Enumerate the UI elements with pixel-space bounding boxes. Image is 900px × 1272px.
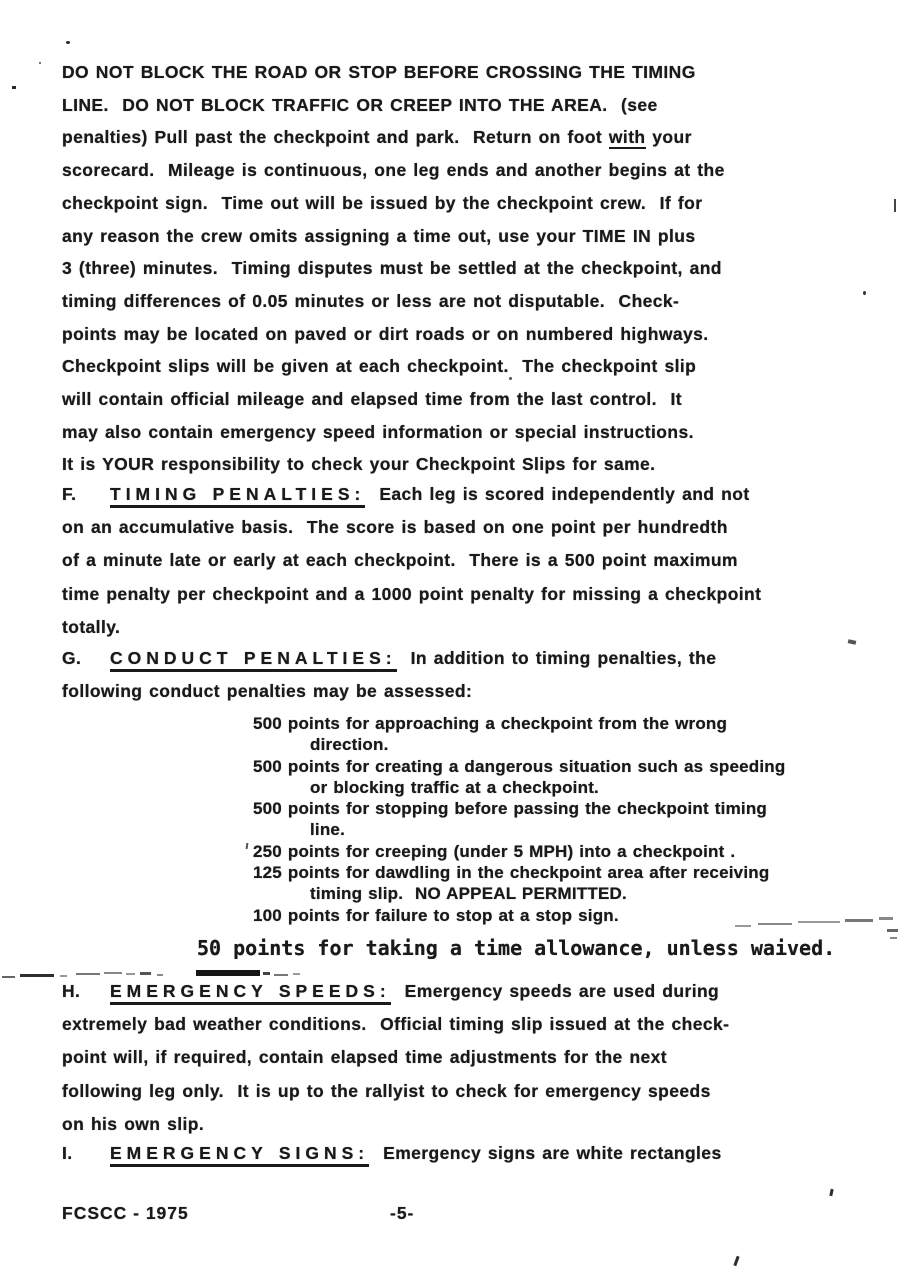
list-item: 500 points for creating a dangerous situ… bbox=[253, 756, 785, 777]
list-item: 250 points for creeping (under 5 MPH) in… bbox=[253, 841, 785, 862]
text-line: scorecard. Mileage is continuous, one le… bbox=[62, 154, 725, 187]
scan-artifact bbox=[848, 639, 857, 645]
page-footer: FCSCC - 1975 -5- bbox=[62, 1202, 800, 1224]
text-line: of a minute late or early at each checkp… bbox=[62, 544, 761, 577]
text-line: time penalty per checkpoint and a 1000 p… bbox=[62, 578, 761, 611]
section-title: EMERGENCY SPEEDS: bbox=[110, 981, 391, 1005]
scan-artifact bbox=[509, 377, 512, 380]
scan-artifact bbox=[894, 199, 896, 212]
section-emergency-speeds: H.EMERGENCY SPEEDS:Emergency speeds are … bbox=[62, 975, 729, 1141]
section-heading-line: H.EMERGENCY SPEEDS:Emergency speeds are … bbox=[62, 975, 729, 1008]
list-item-continuation: timing slip. NO APPEAL PERMITTED. bbox=[310, 883, 785, 904]
intro-paragraph: DO NOT BLOCK THE ROAD OR STOP BEFORE CRO… bbox=[62, 56, 725, 481]
text-line: DO NOT BLOCK THE ROAD OR STOP BEFORE CRO… bbox=[62, 56, 725, 89]
list-item: 125 points for dawdling in the checkpoin… bbox=[253, 862, 785, 883]
underlined-word: with bbox=[609, 127, 646, 149]
text-line: will contain official mileage and elapse… bbox=[62, 383, 725, 416]
text-line: Checkpoint slips will be given at each c… bbox=[62, 350, 725, 383]
text-line: checkpoint sign. Time out will be issued… bbox=[62, 187, 725, 220]
section-emergency-signs: I.EMERGENCY SIGNS:Emergency signs are wh… bbox=[62, 1137, 722, 1170]
text-line: extremely bad weather conditions. Offici… bbox=[62, 1008, 729, 1041]
text-segment: penalties) Pull past the checkpoint and … bbox=[62, 127, 609, 147]
scan-artifact bbox=[887, 929, 898, 932]
scan-artifact bbox=[735, 925, 751, 927]
text-segment: Emergency speeds are used during bbox=[405, 981, 719, 1001]
section-heading-line: F.TIMING PENALTIES:Each leg is scored in… bbox=[62, 478, 761, 511]
section-label: H. bbox=[62, 975, 110, 1008]
list-item: 500 points for approaching a checkpoint … bbox=[253, 713, 785, 734]
scan-artifact bbox=[798, 921, 840, 923]
penalty-list: 500 points for approaching a checkpoint … bbox=[253, 713, 785, 926]
scan-artifact bbox=[20, 974, 54, 977]
text-line: may also contain emergency speed informa… bbox=[62, 416, 725, 449]
list-item: 100 points for failure to stop at a stop… bbox=[253, 905, 785, 926]
text-line: penalties) Pull past the checkpoint and … bbox=[62, 121, 725, 154]
text-line: point will, if required, contain elapsed… bbox=[62, 1041, 729, 1074]
list-item-continuation: line. bbox=[310, 819, 785, 840]
text-line: following leg only. It is up to the rall… bbox=[62, 1075, 729, 1108]
text-line: LINE. DO NOT BLOCK TRAFFIC OR CREEP INTO… bbox=[62, 89, 725, 122]
text-line: timing differences of 0.05 minutes or le… bbox=[62, 285, 725, 318]
scan-artifact bbox=[12, 86, 16, 89]
text-segment: your bbox=[646, 127, 692, 147]
section-title: EMERGENCY SIGNS: bbox=[110, 1143, 369, 1167]
list-item: 500 points for stopping before passing t… bbox=[253, 798, 785, 819]
section-title: TIMING PENALTIES: bbox=[110, 484, 365, 508]
text-line: 50 points for taking a time allowance, u… bbox=[197, 936, 835, 960]
section-title: CONDUCT PENALTIES: bbox=[110, 648, 397, 672]
document-id: FCSCC - 1975 bbox=[62, 1203, 189, 1223]
scan-artifact bbox=[890, 937, 897, 939]
text-line: any reason the crew omits assigning a ti… bbox=[62, 220, 725, 253]
scan-artifact bbox=[293, 973, 300, 975]
scan-artifact bbox=[879, 917, 893, 920]
scan-artifact bbox=[829, 1189, 833, 1196]
scan-artifact bbox=[126, 973, 135, 975]
scan-artifact bbox=[263, 972, 270, 975]
scanned-document-page: DO NOT BLOCK THE ROAD OR STOP BEFORE CRO… bbox=[0, 0, 900, 1272]
text-segment: Each leg is scored independently and not bbox=[379, 484, 749, 504]
scan-artifact bbox=[140, 972, 151, 975]
scan-artifact bbox=[863, 291, 866, 295]
section-label: I. bbox=[62, 1137, 110, 1170]
scan-artifact bbox=[733, 1256, 739, 1266]
section-timing-penalties: F.TIMING PENALTIES:Each leg is scored in… bbox=[62, 478, 761, 644]
scan-artifact bbox=[246, 843, 249, 849]
section-label: G. bbox=[62, 642, 110, 675]
section-label: F. bbox=[62, 478, 110, 511]
text-line: It is YOUR responsibility to check your … bbox=[62, 448, 725, 481]
scan-artifact bbox=[39, 62, 41, 64]
scan-artifact bbox=[66, 41, 70, 44]
section-conduct-penalties: G.CONDUCT PENALTIES:In addition to timin… bbox=[62, 642, 716, 708]
section-heading-line: I.EMERGENCY SIGNS:Emergency signs are wh… bbox=[62, 1137, 722, 1170]
scan-artifact bbox=[845, 919, 873, 922]
typewriter-inserted-line: 50 points for taking a time allowance, u… bbox=[197, 936, 835, 960]
page-number: -5- bbox=[390, 1202, 414, 1224]
text-segment: Emergency signs are white rectangles bbox=[383, 1143, 721, 1163]
scan-artifact bbox=[76, 973, 100, 975]
scan-artifact bbox=[60, 975, 67, 977]
scan-artifact bbox=[157, 974, 163, 976]
list-item-continuation: or blocking traffic at a checkpoint. bbox=[310, 777, 785, 798]
scan-artifact bbox=[274, 974, 288, 976]
text-line: following conduct penalties may be asses… bbox=[62, 675, 716, 708]
scan-artifact bbox=[2, 976, 15, 978]
scan-artifact bbox=[196, 970, 260, 976]
text-line: on an accumulative basis. The score is b… bbox=[62, 511, 761, 544]
text-line: points may be located on paved or dirt r… bbox=[62, 318, 725, 351]
section-heading-line: G.CONDUCT PENALTIES:In addition to timin… bbox=[62, 642, 716, 675]
text-segment: In addition to timing penalties, the bbox=[411, 648, 717, 668]
scan-artifact bbox=[104, 972, 122, 974]
scan-artifact bbox=[758, 923, 792, 925]
list-item-continuation: direction. bbox=[310, 734, 785, 755]
text-line: 3 (three) minutes. Timing disputes must … bbox=[62, 252, 725, 285]
text-line: totally. bbox=[62, 611, 761, 644]
